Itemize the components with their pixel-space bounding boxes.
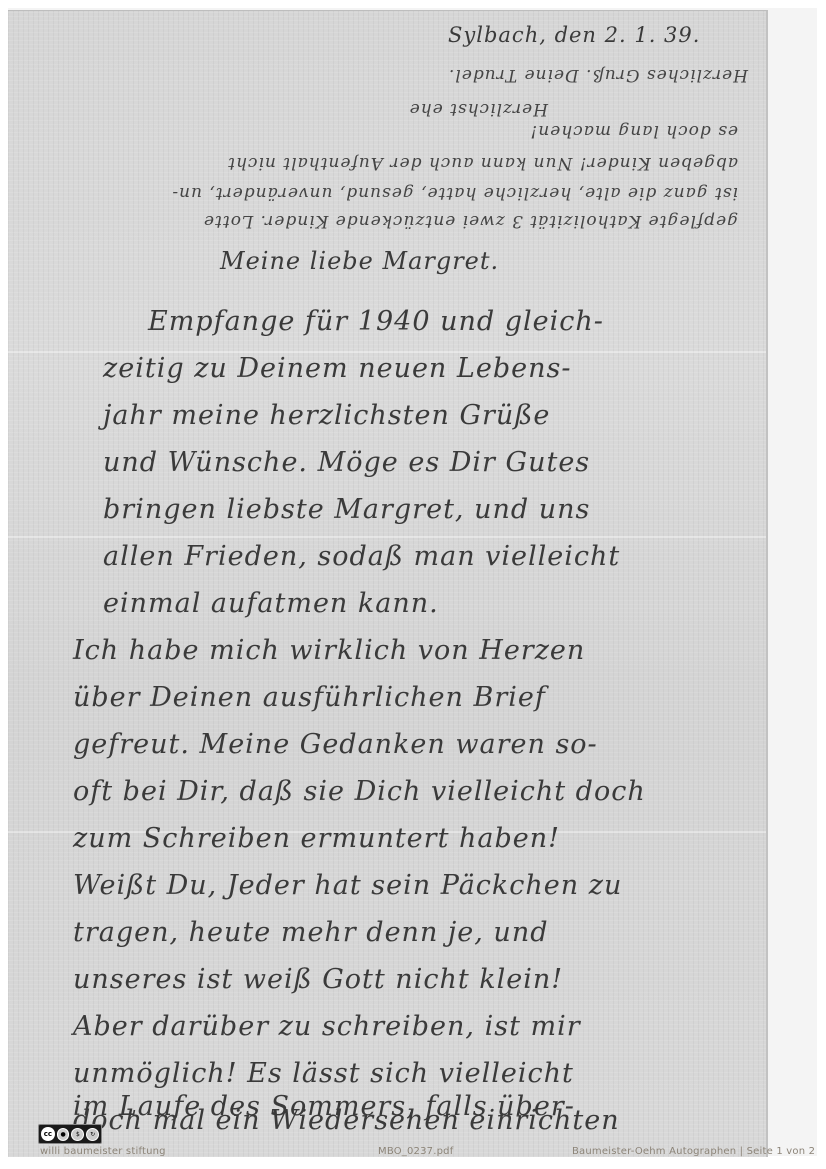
body-line: zeitig zu Deinem neuen Lebens-	[103, 353, 571, 384]
body-line: unseres ist weiß Gott nicht klein!	[73, 964, 563, 995]
footer-collection-page: Baumeister-Oehm Autographen | Seite 1 vo…	[572, 1146, 815, 1157]
letter-date: Sylbach, den 2. 1. 39.	[448, 23, 700, 47]
by-icon: ●	[57, 1128, 70, 1141]
postscript-line: gepflegte Katholizität 3 zwei entzückend…	[203, 211, 738, 231]
body-line: zum Schreiben ermuntert haben!	[73, 823, 560, 854]
upside-down-postscript: Herzliches Gruß. Deine Trudel. Herzlichs…	[28, 63, 748, 233]
body-line: jahr meine herzlichsten Grüße	[103, 400, 550, 431]
letter-salutation: Meine liebe Margret.	[220, 247, 499, 275]
postscript-line: es doch lang machen!	[529, 121, 738, 141]
postscript-line: abgeben Kinder! Nun kann auch der Aufent…	[227, 153, 738, 173]
cc-icon: cc	[41, 1127, 55, 1141]
body-line: Ich habe mich wirklich von Herzen	[73, 635, 585, 666]
body-line: unmöglich! Es lässt sich vielleicht	[73, 1058, 574, 1089]
body-line: über Deinen ausführlichen Brief	[73, 682, 546, 713]
sa-icon: ↻	[86, 1128, 99, 1141]
letter-page: Sylbach, den 2. 1. 39. Herzliches Gruß. …	[8, 10, 768, 1157]
postscript-line: ist ganz die alte, herzliche hatte, gesu…	[171, 183, 738, 203]
postscript-line: Herzlichst ehe	[409, 99, 548, 119]
body-line: oft bei Dir, daß sie Dich vielleicht doc…	[73, 776, 646, 807]
footer-filename: MBO_0237.pdf	[378, 1146, 453, 1157]
body-line: Weißt Du, Jeder hat sein Päckchen zu	[73, 870, 622, 901]
cc-license-badge[interactable]: cc ● $ ↻	[38, 1124, 102, 1144]
body-line: allen Frieden, sodaß man vielleicht	[103, 541, 620, 572]
body-line: Empfange für 1940 und gleich-	[148, 306, 604, 337]
postscript-line: Herzliches Gruß. Deine Trudel.	[448, 65, 748, 85]
footer-organization: willi baumeister stiftung	[40, 1146, 166, 1157]
body-line: bringen liebste Margret, und uns	[103, 494, 590, 525]
nc-icon: $	[71, 1128, 84, 1141]
body-line: im Laufe des Sommers, falls über-	[73, 1091, 575, 1122]
body-line: und Wünsche. Möge es Dir Gutes	[103, 447, 590, 478]
paper-fold	[8, 536, 766, 538]
body-line: Aber darüber zu schreiben, ist mir	[73, 1011, 581, 1042]
body-line: gefreut. Meine Gedanken waren so-	[73, 729, 598, 760]
body-line: einmal aufatmen kann.	[103, 588, 439, 619]
body-line: tragen, heute mehr denn je, und	[73, 917, 549, 948]
